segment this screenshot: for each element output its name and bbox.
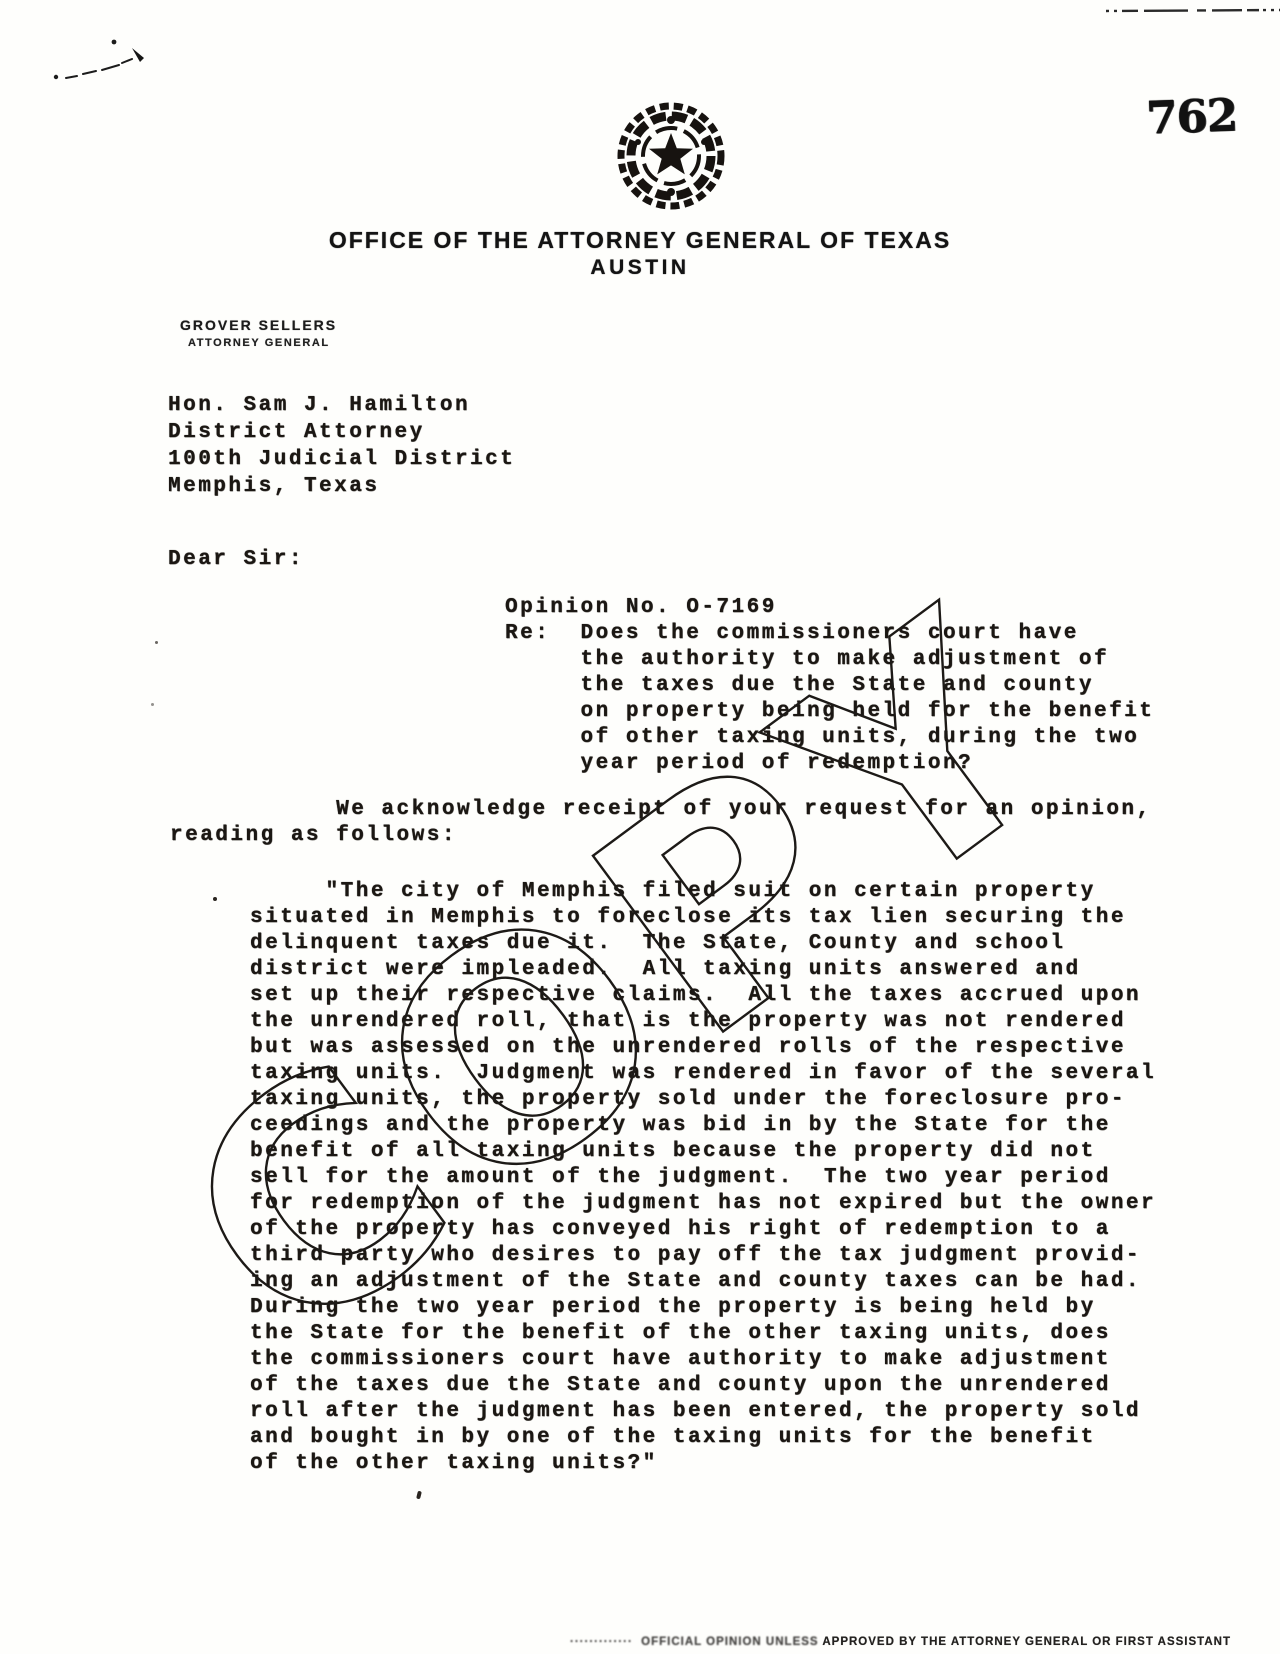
attorney-general-title: ATTORNEY GENERAL: [188, 337, 330, 349]
scan-artifact-dot: [155, 641, 158, 644]
footer-illegible-segment: ············· OFFICIAL OPINION UNLESS: [570, 1636, 822, 1648]
acknowledgement-paragraph: We acknowledge receipt of your request f…: [170, 797, 1152, 849]
letterhead-office-title: OFFICE OF THE ATTORNEY GENERAL OF TEXAS: [0, 227, 1280, 254]
texas-state-seal-icon: [615, 100, 727, 212]
scan-artifact-comma: [416, 1491, 422, 1500]
salutation: Dear Sir:: [168, 547, 304, 573]
opinion-reference-block: Opinion No. O-7169 Re: Does the commissi…: [505, 595, 1154, 777]
page-number: 762: [1145, 88, 1238, 144]
top-edge-dashed-line: [1106, 7, 1280, 17]
scan-artifact-dot: [213, 897, 217, 901]
recipient-address-block: Hon. Sam J. Hamilton District Attorney 1…: [168, 392, 515, 500]
scan-artifact-dot: [151, 703, 154, 706]
footer-approval-line: ············· OFFICIAL OPINION UNLESS AP…: [570, 1636, 1231, 1648]
letterhead-city: AUSTIN: [0, 256, 1280, 280]
pen-scribble-mark: [48, 30, 158, 85]
attorney-general-name: GROVER SELLERS: [180, 317, 337, 333]
scanned-letter-page: 762 OFFICE OF THE ATTORNEY GENERAL OF TE…: [0, 0, 1280, 1654]
footer-legible-segment: APPROVED BY THE ATTORNEY GENERAL OR FIRS…: [822, 1636, 1231, 1648]
quoted-request-body: "The city of Memphis filed suit on certa…: [250, 879, 1156, 1477]
